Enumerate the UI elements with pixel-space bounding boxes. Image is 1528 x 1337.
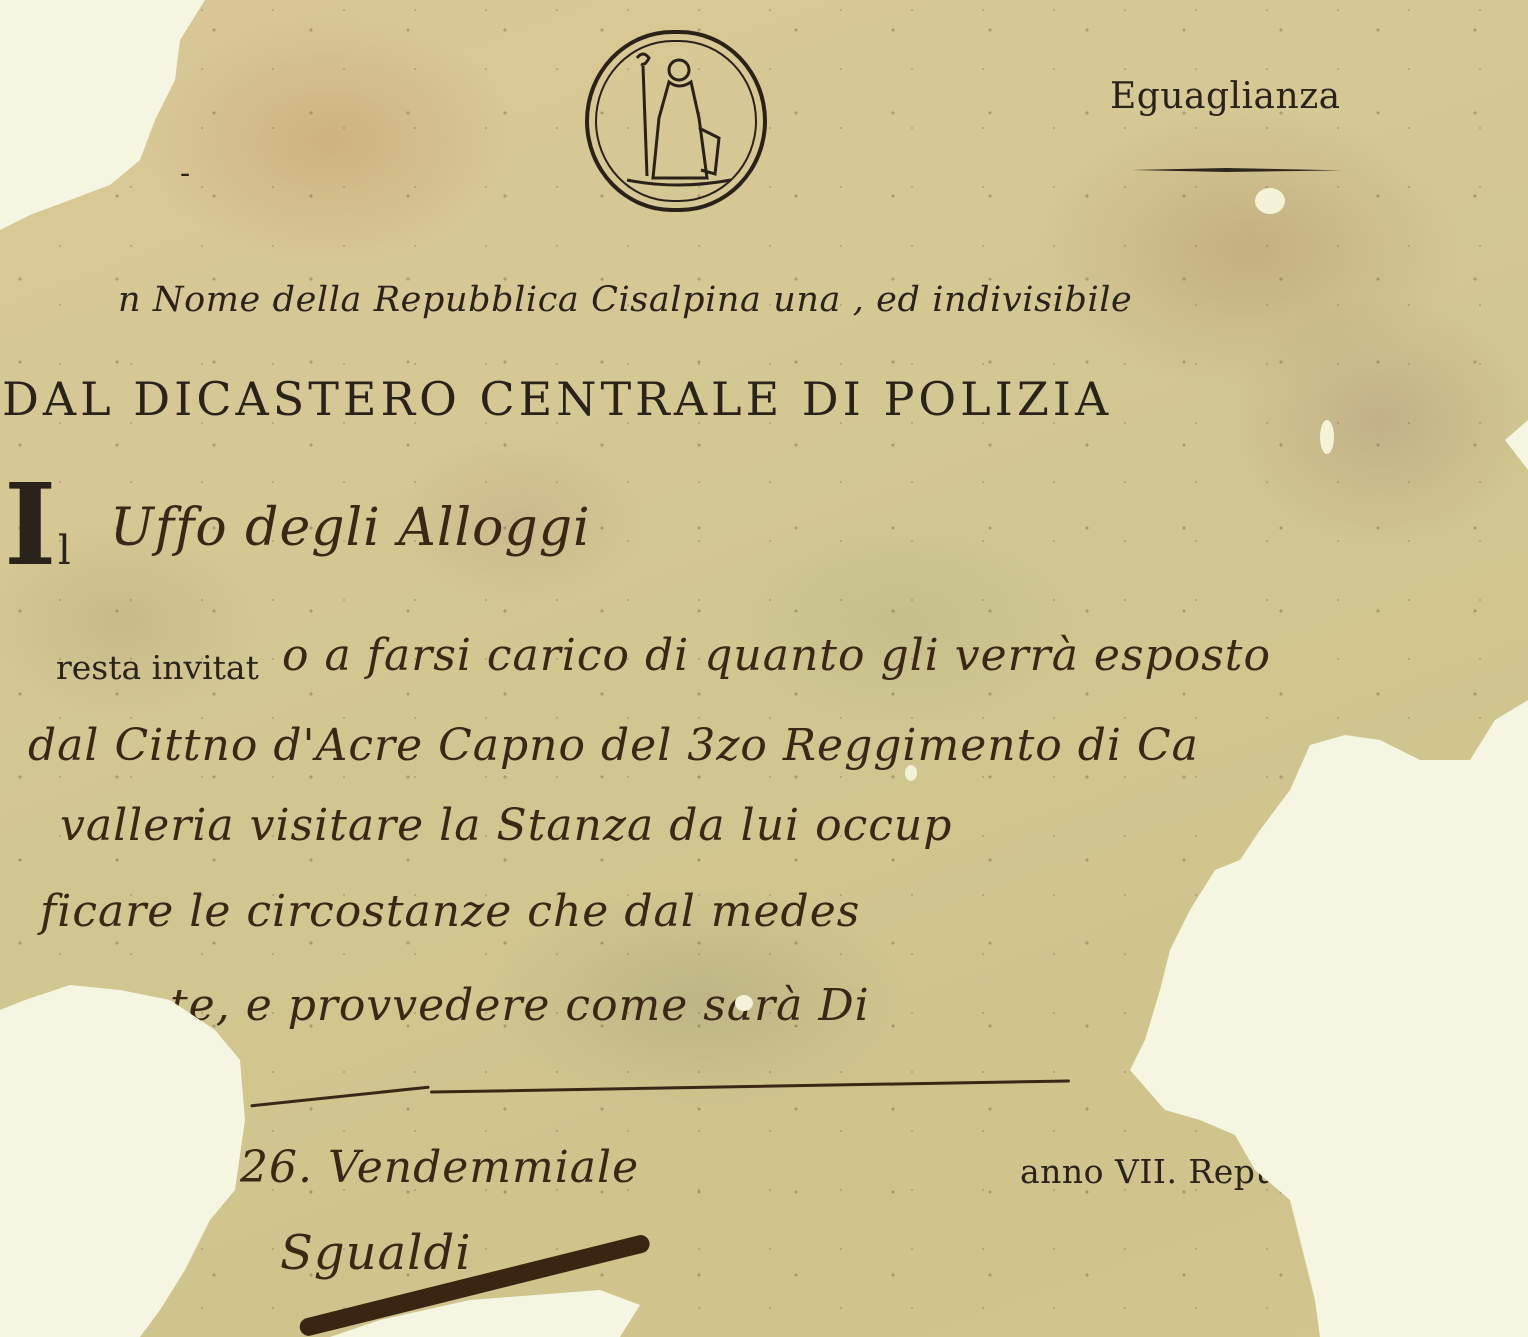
- ink-rule-left: [250, 1086, 429, 1108]
- paper-hole: [1255, 188, 1285, 214]
- handwritten-line-2: dal Cittno d'Acre Capno del 3zo Reggimen…: [28, 720, 1199, 771]
- handwritten-line-1: o a farsi carico di quanto gli verrà esp…: [282, 630, 1271, 681]
- handwritten-line-5: te, e provvedere come sarà Di: [170, 980, 870, 1031]
- paper-hole: [1320, 420, 1334, 454]
- initial-small-letter: l: [58, 528, 71, 574]
- ink-rule-middle: [430, 1079, 1070, 1093]
- initial-capital-letter: I: [4, 470, 56, 582]
- printed-anno-repubblicano: anno VII. Repubbl: [1020, 1152, 1331, 1191]
- liberty-figure-icon: [607, 48, 747, 198]
- handwritten-line-4: ficare le circostanze che dal medes: [40, 886, 860, 937]
- handwritten-addressee: Uffo degli Alloggi: [110, 498, 591, 558]
- header-republic-line: n Nome della Repubblica Cisalpina una , …: [118, 280, 1132, 320]
- paper-hole: [735, 995, 753, 1011]
- handwritten-date: 26. Vendemmiale: [240, 1142, 639, 1193]
- seal-figure-with-staff-icon: [585, 30, 767, 212]
- motto-divider-rule: [1132, 168, 1342, 172]
- printed-resta-invitato: resta invitat: [56, 648, 259, 687]
- left-dash-mark: -: [180, 156, 190, 191]
- torn-paper-sheet: Eguaglianza - n Nome della Repubblica Ci…: [0, 0, 1528, 1337]
- scanned-document: Eguaglianza - n Nome della Repubblica Ci…: [0, 0, 1528, 1337]
- paper-hole: [905, 765, 917, 781]
- handwritten-signature: Sgualdi: [280, 1225, 472, 1281]
- handwritten-line-3: valleria visitare la Stanza da lui occup: [60, 800, 952, 851]
- motto-eguaglianza: Eguaglianza: [1110, 76, 1341, 117]
- header-police-department: DAL DICASTERO CENTRALE DI POLIZIA: [2, 372, 1112, 426]
